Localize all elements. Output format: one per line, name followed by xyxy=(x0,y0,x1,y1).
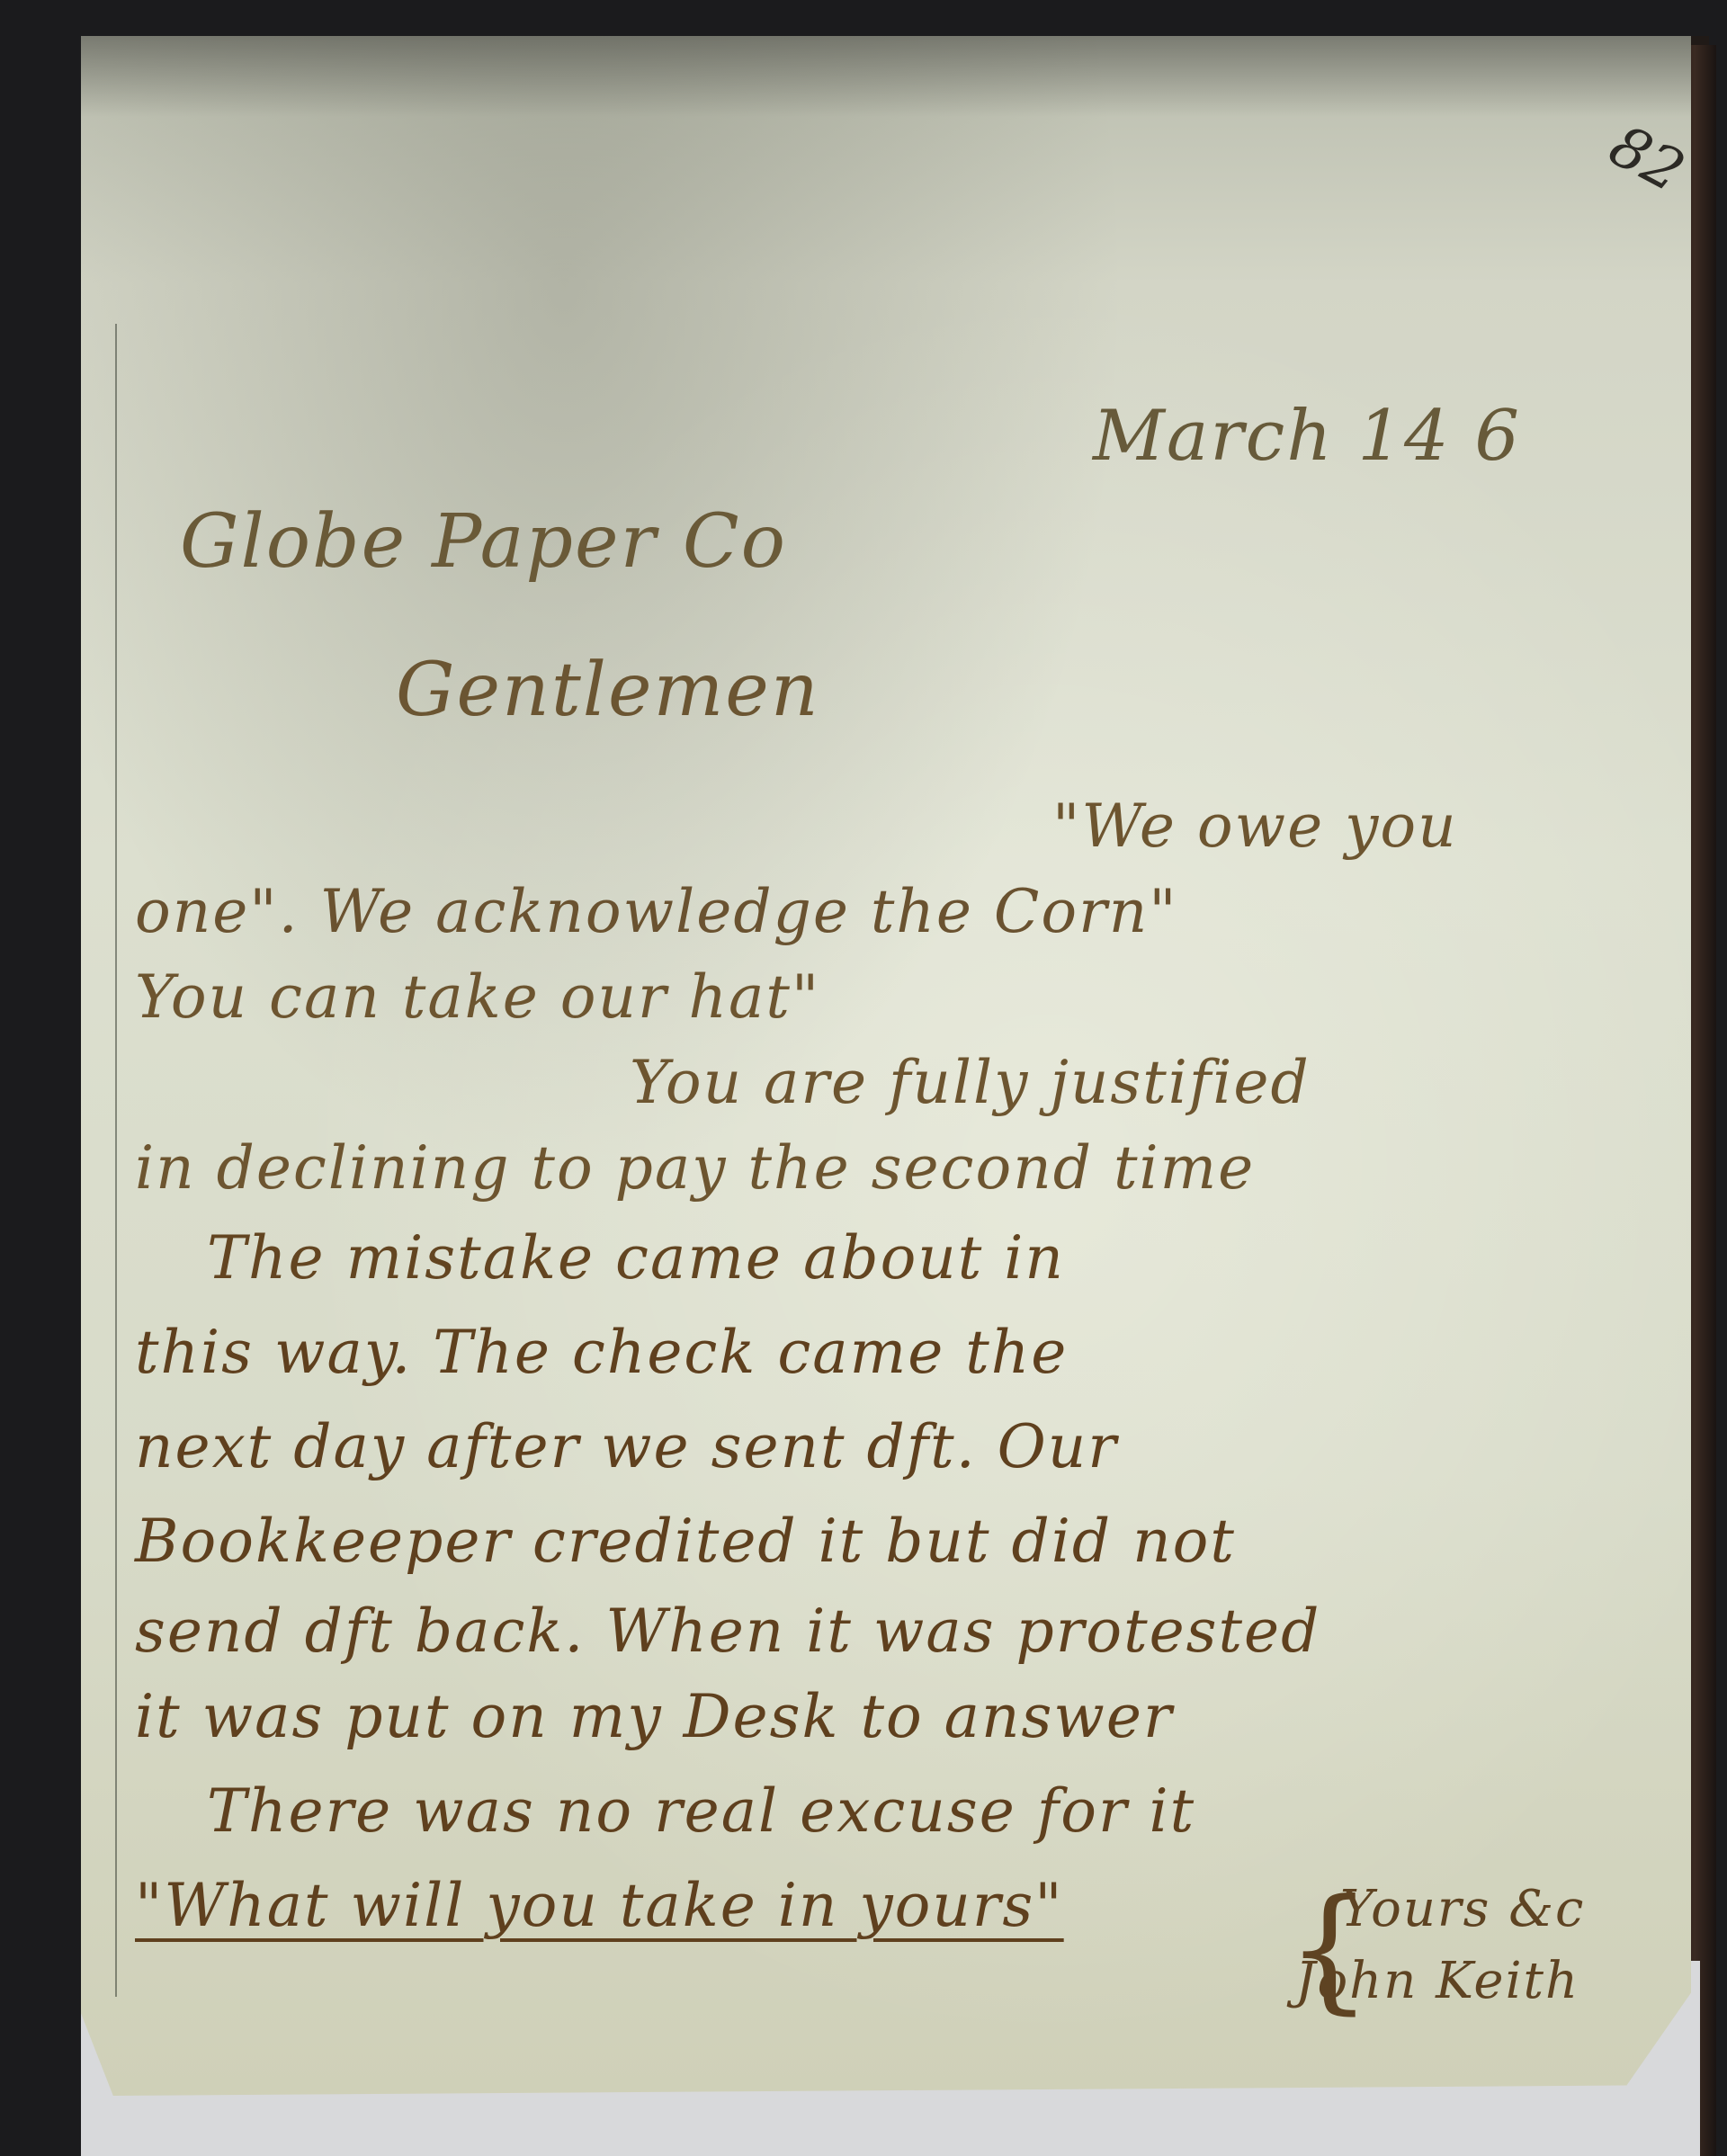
letter-date: March 14 6 xyxy=(1093,396,1521,477)
body-line-underlined-quote: "What will you take in yours" xyxy=(135,1871,1064,1940)
closing: Yours &c xyxy=(1340,1880,1585,1938)
body-line: "We owe you xyxy=(1052,792,1458,861)
body-line: Bookkeeper credited it but did not xyxy=(135,1507,1236,1576)
body-line: one". We acknowledge the Corn" xyxy=(135,877,1178,946)
salutation: Gentlemen xyxy=(396,648,820,733)
body-line: this way. The check came the xyxy=(135,1318,1068,1387)
addressee: Globe Paper Co xyxy=(180,499,787,585)
paper-stain xyxy=(81,36,1691,117)
body-line: There was no real excuse for it xyxy=(207,1776,1195,1846)
body-line: in declining to pay the second time xyxy=(135,1133,1255,1203)
body-line: You are fully justified xyxy=(630,1048,1311,1117)
body-line: it was put on my Desk to answer xyxy=(135,1682,1174,1751)
body-line: You can take our hat" xyxy=(135,962,820,1032)
body-line: next day after we sent dft. Our xyxy=(135,1412,1118,1481)
body-line: send dft back. When it was protested xyxy=(135,1597,1320,1666)
signature: John Keith xyxy=(1295,1952,1579,2010)
paper-fold-line xyxy=(115,324,117,1997)
body-line: The mistake came about in xyxy=(207,1223,1065,1293)
